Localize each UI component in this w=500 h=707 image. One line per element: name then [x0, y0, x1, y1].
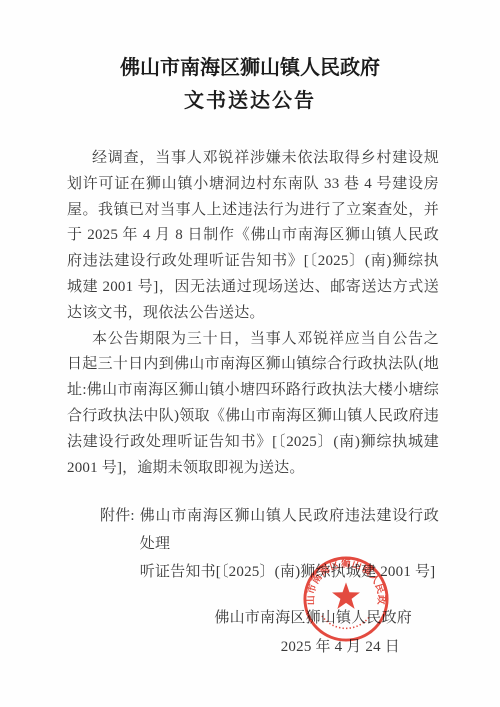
- document-title: 佛山市南海区狮山镇人民政府 文书送达公告: [0, 52, 500, 118]
- document-body: 经调查，当事人邓锐祥涉嫌未依法取得乡村建设规划许可证在狮山镇小塘洞边村东南队 3…: [67, 146, 439, 662]
- attachment-text-line-2: 听证告知书[〔2025〕(南)狮综执城建 2001 号]: [140, 558, 439, 586]
- attachment-note: 附件: 佛山市南海区狮山镇人民政府违法建设行政处理 听证告知书[〔2025〕(南…: [67, 502, 439, 586]
- attachment-text: 佛山市南海区狮山镇人民政府违法建设行政处理 听证告知书[〔2025〕(南)狮综执…: [140, 502, 439, 586]
- paragraph-investigation: 经调查，当事人邓锐祥涉嫌未依法取得乡村建设规划许可证在狮山镇小塘洞边村东南队 3…: [67, 146, 439, 327]
- paragraph-deadline: 本公告期限为三十日，当事人邓锐祥应当自公告之日起三十日内到佛山市南海区狮山镇综合…: [67, 327, 439, 482]
- issue-date: 2025 年 4 月 24 日: [67, 633, 439, 662]
- title-line-2: 文书送达公告: [0, 85, 500, 118]
- notice-document-page: 佛山市南海区狮山镇人民政府 文书送达公告 经调查，当事人邓锐祥涉嫌未依法取得乡村…: [0, 0, 500, 707]
- attachment-label: 附件:: [100, 502, 135, 530]
- issuer-signature: 佛山市南海区狮山镇人民政府: [67, 604, 439, 633]
- attachment-text-line-1: 佛山市南海区狮山镇人民政府违法建设行政处理: [140, 502, 439, 558]
- title-line-1: 佛山市南海区狮山镇人民政府: [120, 57, 380, 79]
